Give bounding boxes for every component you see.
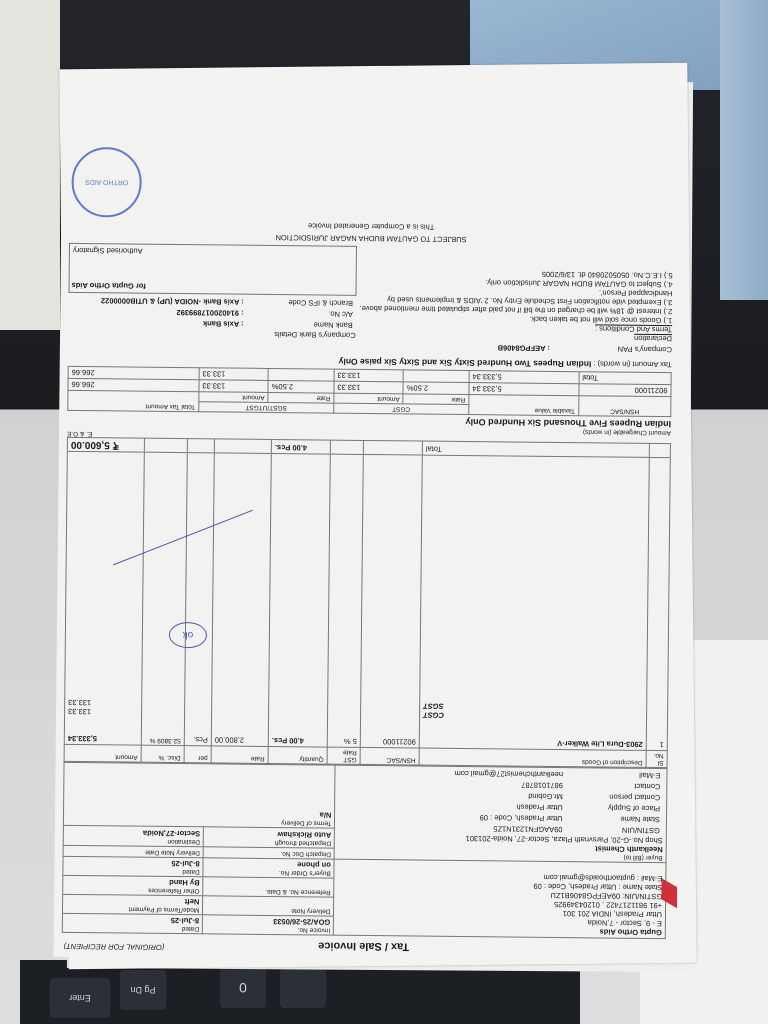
terms-block: Declaration Terms And Conditions : 1.) G… <box>356 246 673 343</box>
key-pgdn[interactable]: Pg Dn <box>120 970 166 1010</box>
buyer-block: Buyer (Bill to) Neelkanth Chemist Shop N… <box>334 765 667 862</box>
company-stamp-icon: ORTHO AIDS <box>71 147 142 218</box>
handwritten-ok-mark: ok <box>169 622 207 648</box>
meta-payment-mode: Mode/Terms of PaymentNeft <box>62 894 202 914</box>
meta-dispatch-doc: Dispatch Doc No. <box>203 847 334 859</box>
seller-block: Gupta Ortho Aids E - 9, Sector - 7,Noida… <box>334 859 666 938</box>
grand-total: ₹ 5,600.00 <box>67 437 144 452</box>
bank-block: Company's Bank Details Bank Name: Axis B… <box>68 243 357 340</box>
meta-invoice-no: Invoice No.GOA/25-26/0533 <box>203 915 334 935</box>
item-description: 2903-Dura Lite Walker-V <box>423 738 643 749</box>
meta-terms-delivery: Terms of DeliveryN/a <box>63 762 335 828</box>
item-amount: 5,333.34 <box>68 734 138 744</box>
shirt-sleeve <box>720 0 768 300</box>
meta-delivery-note: Delivery Note <box>203 896 334 916</box>
meta-destination: DestinationSector-27,Noida <box>63 825 203 847</box>
table-surface <box>0 0 60 330</box>
signature-box: for Gupta Ortho Aids Authorised Signator… <box>68 243 356 296</box>
table-row: 1 2903-Dura Lite Walker-V CGST SGST 9021… <box>64 451 670 750</box>
meta-dispatched-through: Dispatched throughAuto Rickshaw <box>203 827 334 849</box>
tax-summary-table: HSN/SAC Taxable Value CGST SGST/UTGST To… <box>67 366 671 417</box>
invoice-sheet: (ORIGINAL FOR RECIPIENT) Tax / Sale Invo… <box>54 99 683 963</box>
meta-dated: Dated8-Jul-25 <box>62 913 202 933</box>
key-zero[interactable]: 0 <box>220 968 266 1008</box>
meta-reference: Reference No. & Date. <box>203 877 334 897</box>
meta-other-ref: Other ReferencesBy Hand <box>63 875 203 895</box>
meta-order-dated: Dated8-Jul-25 <box>63 856 203 876</box>
header-table: Gupta Ortho Aids E - 9, Sector - 7,Noida… <box>62 762 668 939</box>
key-arrow[interactable] <box>280 968 326 1008</box>
copy-label: (ORIGINAL FOR RECIPIENT) <box>64 942 165 952</box>
meta-delivery-note-date: Delivery Note Date <box>63 846 203 858</box>
items-table: Sl No. Description of Goods HSN/SAC GST … <box>64 437 671 768</box>
meta-buyer-order: Buyer's Order No.on phone <box>203 858 334 878</box>
footer-section: Declaration Terms And Conditions : 1.) G… <box>68 243 673 343</box>
key-enter[interactable]: Enter <box>50 978 110 1018</box>
